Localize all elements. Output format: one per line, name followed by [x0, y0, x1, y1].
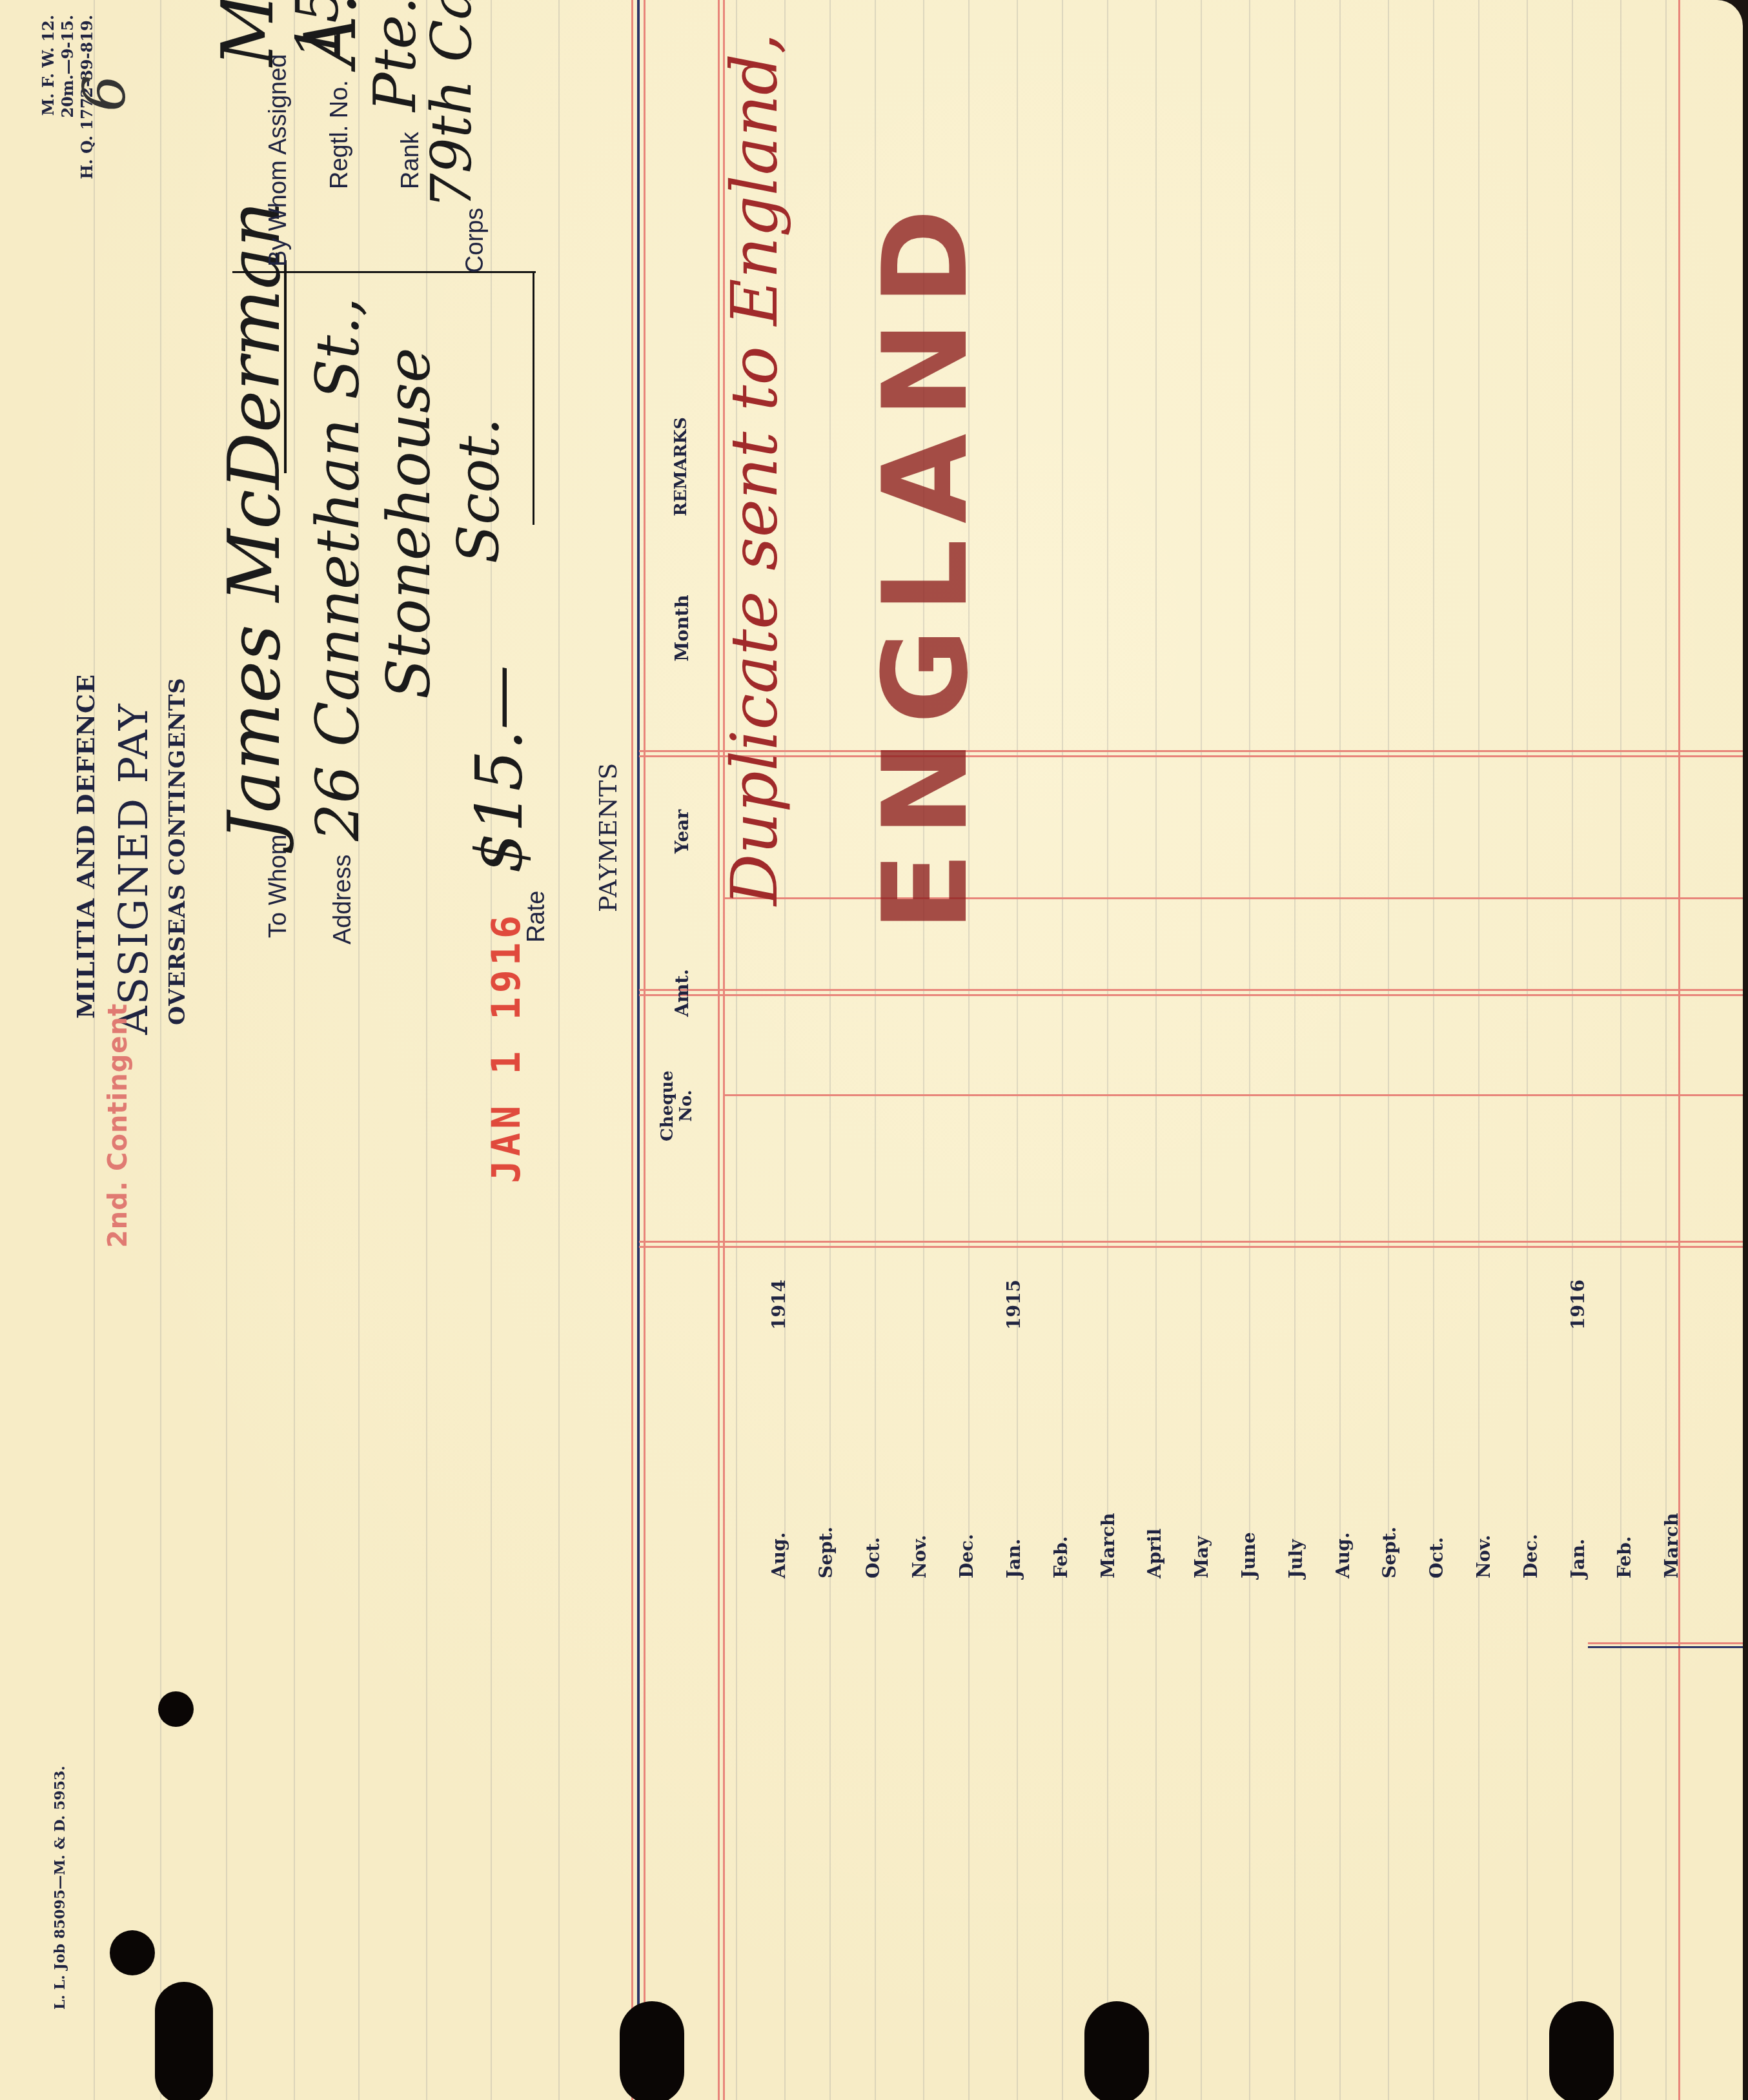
month-label: July [1285, 1539, 1306, 1578]
month-label: Jan. [1003, 1539, 1024, 1579]
month-label: Sept. [815, 1527, 837, 1578]
month-label: Sept. [1379, 1527, 1400, 1578]
binder-hole-bottom [1084, 2001, 1149, 2100]
binder-hole [110, 1930, 155, 1975]
month-label: Feb. [1050, 1536, 1072, 1579]
month-label: Oct. [862, 1537, 884, 1578]
month-label: March [1097, 1513, 1119, 1578]
month-label: Aug. [768, 1533, 789, 1578]
month-label: Nov. [909, 1535, 930, 1578]
month-label: March [1661, 1513, 1682, 1578]
document-card: M. F. W. 12. 20m.—9-15. H. Q. 1772-39-81… [0, 0, 1743, 2100]
month-label: Oct. [1426, 1537, 1447, 1578]
year-label: 1914 [768, 1279, 789, 1330]
year-label: 1915 [1003, 1279, 1024, 1330]
month-label: Nov. [1473, 1535, 1494, 1578]
binder-hole-bottom [155, 1982, 213, 2100]
month-label: Feb. [1614, 1536, 1635, 1579]
month-label: Dec. [956, 1534, 977, 1578]
month-label: Dec. [1520, 1534, 1541, 1578]
binder-hole [158, 1691, 194, 1727]
month-label: May [1191, 1536, 1212, 1578]
month-label: Aug. [1332, 1533, 1354, 1578]
month-label: June [1238, 1532, 1259, 1578]
payments-rows-overlay [0, 0, 1743, 2100]
month-label: Jan. [1567, 1539, 1589, 1579]
binder-hole-bottom [620, 2001, 684, 2100]
month-label: April [1144, 1529, 1165, 1578]
binder-hole-bottom [1549, 2001, 1614, 2100]
year-label: 1916 [1567, 1279, 1589, 1330]
